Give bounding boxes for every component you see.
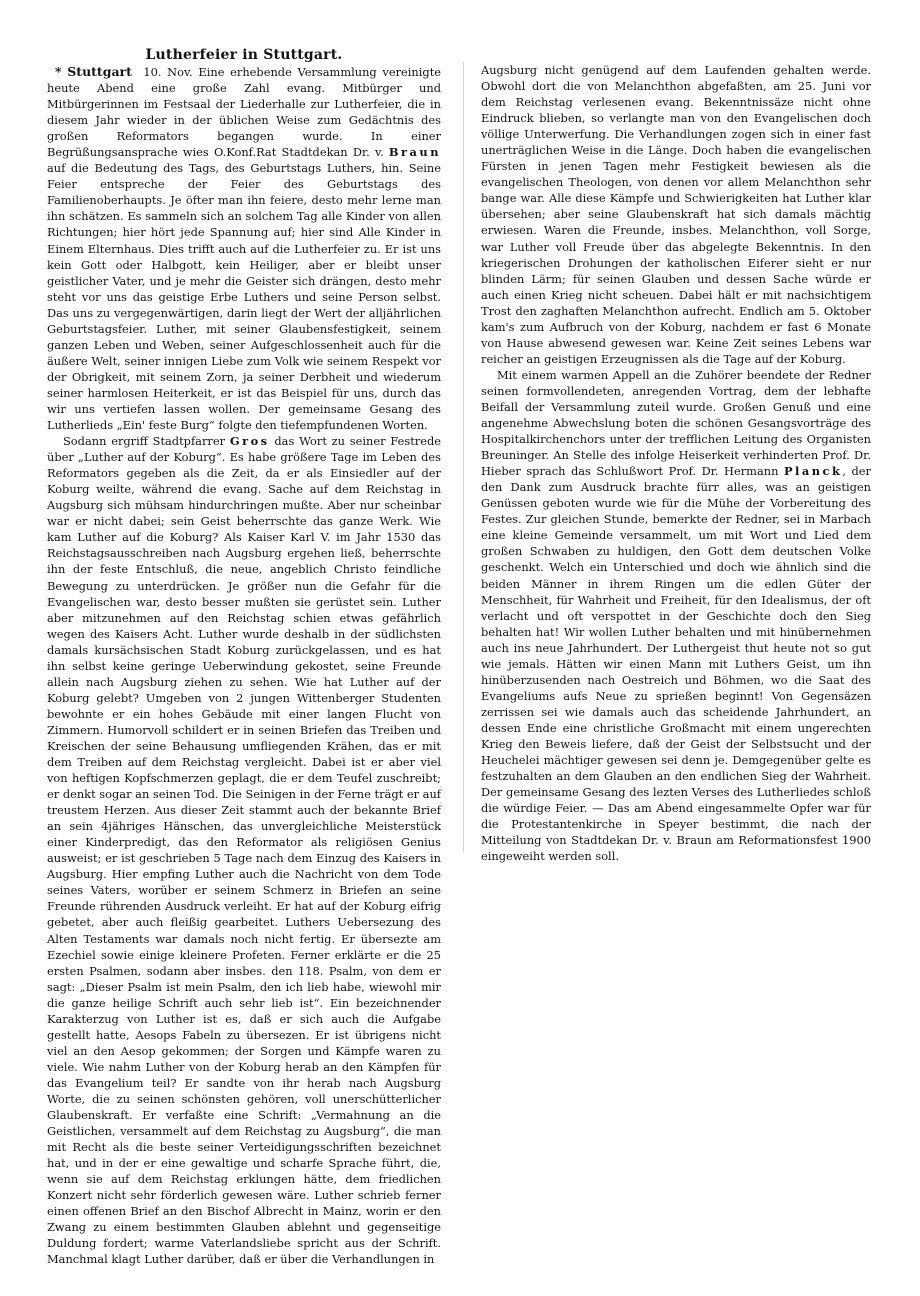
- paragraph-2-rest: das Wort zu seiner Festrede über „Luther…: [47, 434, 441, 1266]
- left-column: Lutherfeier in Stuttgart. * Stuttgart 10…: [47, 46, 441, 1268]
- article-title: Lutherfeier in Stuttgart.: [47, 46, 441, 64]
- newspaper-page: Lutherfeier in Stuttgart. * Stuttgart 10…: [0, 0, 920, 1296]
- paragraph-3: Mit einem warmen Appell an die Zuhörer b…: [481, 367, 871, 864]
- paragraph-3-rest: , der den Dank zum Ausdruck brachte fürr…: [481, 464, 871, 863]
- paragraph-2-lead: Sodann ergriff Stadtpfarrer: [63, 434, 225, 448]
- paragraph-2: Sodann ergriff Stadtpfarrer Gros das Wor…: [47, 433, 441, 1267]
- right-column: Augsburg nicht genügend auf dem Laufende…: [481, 62, 871, 864]
- dateline-date: 10. Nov.: [143, 65, 192, 79]
- dateline-marker: *: [55, 64, 62, 79]
- paragraph-2-continuation: Augsburg nicht genügend auf dem Laufende…: [481, 62, 871, 367]
- paragraph-1-lead: Eine erhebende Versammlung vereinigte he…: [47, 65, 441, 159]
- speaker-name-planck: Planck: [784, 464, 842, 478]
- paragraph-1: * Stuttgart 10. Nov. Eine erhebende Vers…: [47, 64, 441, 433]
- paragraph-1-rest: auf die Bedeutung des Tags, des Geburtst…: [47, 161, 441, 432]
- speaker-name-braun: Braun: [389, 145, 441, 159]
- paragraph-3-lead: Mit einem warmen Appell an die Zuhörer b…: [481, 368, 871, 478]
- column-divider: [463, 62, 464, 852]
- speaker-name-gros: Gros: [230, 434, 270, 448]
- dateline-city: Stuttgart: [67, 64, 132, 79]
